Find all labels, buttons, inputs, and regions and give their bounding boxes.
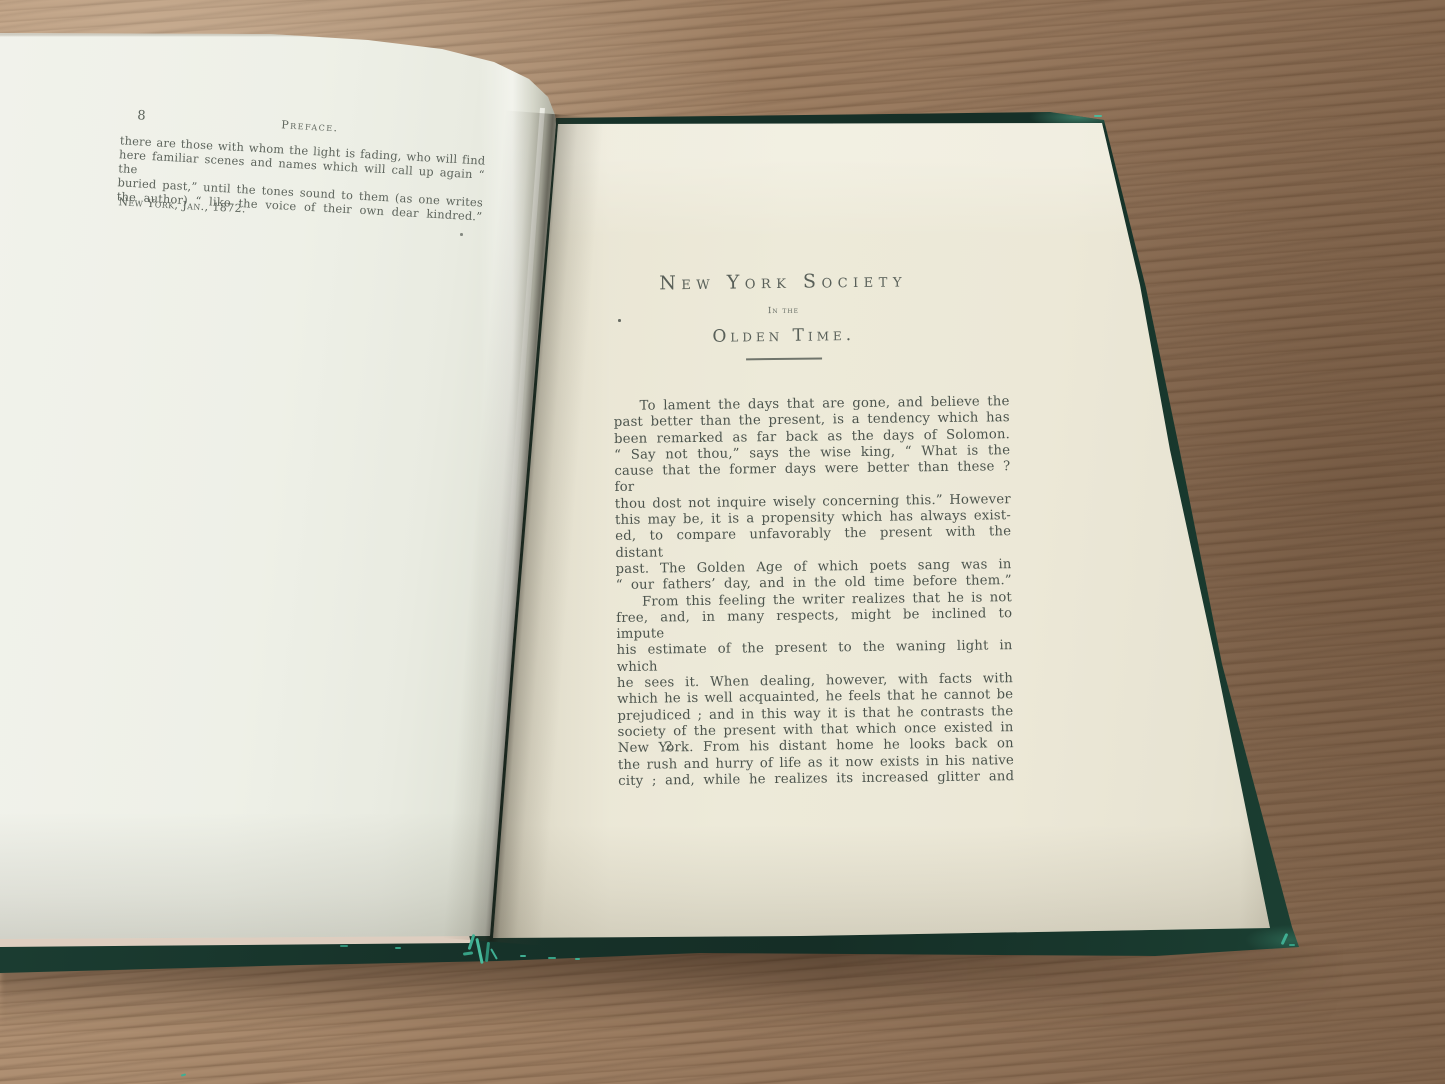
body-line: his estimate of the present to the wanin… (617, 639, 1013, 676)
preface-heading: Preface. (225, 115, 395, 137)
title-divider-rule (746, 357, 822, 360)
fray-speck (575, 958, 580, 960)
body-line: cause that the former days were better t… (614, 459, 1010, 496)
right-page-text: New York Society In the Olden Time. To l… (612, 268, 1014, 773)
fray-speck (1289, 944, 1295, 946)
left-page-number: 8 (137, 108, 146, 123)
body-line: ed, to compare unfavorably the present w… (615, 525, 1011, 562)
fray-speck (340, 945, 348, 947)
body-text: To lament the days that are gone, and be… (614, 394, 1015, 790)
fray-speck-on-wood (181, 1073, 186, 1076)
fray-speck (548, 957, 556, 959)
title-line-2: In the (573, 303, 993, 318)
fray-speck (395, 947, 401, 949)
photo-of-open-book-on-wood-table: 8 Preface. there are those with whom the… (0, 0, 1445, 1084)
chapter-title: New York Society In the Olden Time. (573, 268, 994, 362)
title-line-1: New York Society (573, 268, 993, 295)
fray-speck (1094, 115, 1102, 117)
title-line-3: Olden Time. (574, 323, 994, 348)
fray-speck (520, 955, 526, 957)
left-page-text: 8 Preface. there are those with whom the… (109, 103, 487, 244)
body-line: free, and, in many respects, might be in… (616, 606, 1012, 643)
signature-number: 2 (665, 738, 673, 753)
